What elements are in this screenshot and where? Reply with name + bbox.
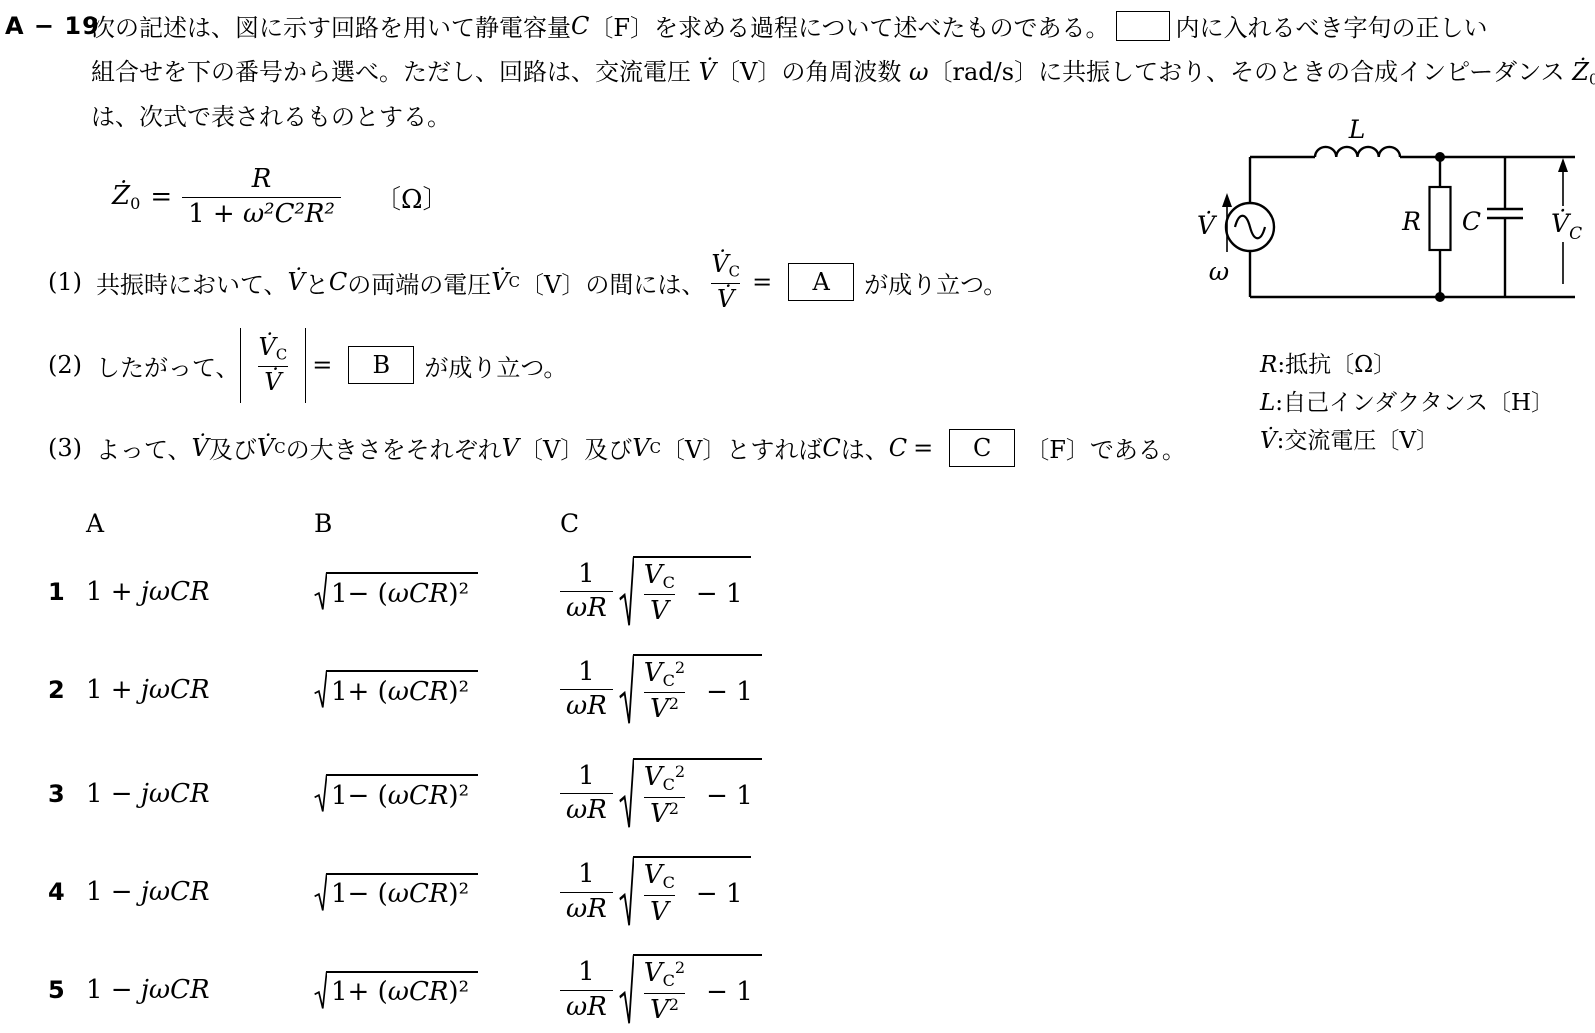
equals-sign: = bbox=[752, 268, 772, 296]
option-b-formula: 1+ (ωCR)² bbox=[314, 670, 560, 709]
col-header-C: C bbox=[560, 509, 1595, 538]
fraction-denominator: V̇ bbox=[711, 283, 740, 312]
option-row-1: 1 1 + jωCR 1− (ωCR)² 1 ωR VC bbox=[48, 556, 1595, 628]
equals-sign: = bbox=[150, 182, 172, 212]
option-number: 5 bbox=[48, 976, 86, 1004]
text-run: 〔rad/s〕に共振しており、そのときの合成インピーダンス bbox=[929, 58, 1573, 86]
fraction: VC V bbox=[638, 862, 681, 926]
var-Vc-sub: C bbox=[509, 273, 520, 291]
fraction: 1 ωR bbox=[560, 861, 613, 923]
text-run: 〔V〕の角周波数 bbox=[716, 58, 909, 86]
option-c-formula: 1 ωR VC2 V2 − 1 bbox=[560, 758, 1595, 830]
var-C: C bbox=[889, 434, 907, 462]
text-run: と bbox=[305, 265, 329, 300]
unit-ohm: 〔Ω〕 bbox=[375, 179, 449, 216]
option-a-formula: 1 + jωCR bbox=[86, 675, 314, 705]
fraction-numerator: V̇C bbox=[253, 335, 294, 366]
var-C: C bbox=[571, 12, 589, 40]
legend-item-R: R:抵抗〔Ω〕 bbox=[1260, 346, 1554, 384]
fraction: VC2 V2 bbox=[638, 960, 691, 1024]
text-run: の大きさをそれぞれ bbox=[286, 430, 502, 465]
statement-number: (1) bbox=[48, 268, 96, 296]
formula-lhs: Ż0 bbox=[112, 181, 140, 213]
option-number: 3 bbox=[48, 780, 86, 808]
question-line-2: 組合せを下の番号から選べ。ただし、回路は、交流電圧 V̇〔V〕の角周波数 ω〔r… bbox=[91, 52, 1595, 88]
label-C: C bbox=[1462, 207, 1481, 236]
option-c-formula: 1 ωR VC2 V2 − 1 bbox=[560, 654, 1595, 726]
question-id: A − 19 bbox=[5, 12, 91, 40]
var-Vc-dot: V̇ bbox=[257, 434, 274, 462]
radical-sign bbox=[619, 856, 634, 928]
vc-over-v-fraction: V̇C V̇ bbox=[705, 252, 746, 312]
option-row-4: 4 1 − jωCR 1− (ωCR)² 1 ωR VC bbox=[48, 856, 1595, 928]
fraction: VC2 V2 bbox=[638, 764, 691, 828]
text-run: 及び bbox=[209, 430, 257, 465]
col-header-B: B bbox=[314, 509, 560, 538]
equals-sign: = bbox=[913, 434, 933, 462]
fraction: 1 ωR bbox=[560, 561, 613, 623]
statement-number: (3) bbox=[48, 434, 96, 462]
square-root: 1− (ωCR)² bbox=[314, 774, 478, 813]
square-root: VC V − 1 bbox=[619, 556, 752, 628]
square-root: VC2 V2 − 1 bbox=[619, 654, 762, 726]
option-number: 1 bbox=[48, 578, 86, 606]
var-V: V bbox=[502, 434, 519, 462]
option-row-3: 3 1 − jωCR 1− (ωCR)² 1 ωR VC2 bbox=[48, 758, 1595, 830]
text-run: したがって、 bbox=[96, 348, 240, 383]
resistor-box bbox=[1430, 187, 1451, 250]
blank-box-B: B bbox=[348, 346, 414, 384]
label-omega: ω bbox=[1209, 257, 1229, 286]
var-V-dot: V̇ bbox=[192, 434, 209, 462]
junction-dot bbox=[1435, 292, 1445, 302]
var-Vc-sub: C bbox=[650, 439, 661, 457]
square-root: 1− (ωCR)² bbox=[314, 572, 478, 611]
fraction: VC V bbox=[638, 562, 681, 626]
circuit-diagram: L V̇ ω R C V̇C bbox=[1185, 112, 1585, 327]
option-b-formula: 1− (ωCR)² bbox=[314, 873, 560, 912]
var-C: C bbox=[329, 268, 347, 296]
var-V-dot: V̇ bbox=[699, 58, 716, 86]
fraction: 1 ωR bbox=[560, 959, 613, 1021]
var-Z-dot: Ż bbox=[112, 181, 130, 211]
label-V-dot: V̇ bbox=[1197, 211, 1218, 240]
option-c-formula: 1 ωR VC V − 1 bbox=[560, 556, 1595, 628]
radical-sign bbox=[619, 556, 634, 628]
option-number: 4 bbox=[48, 878, 86, 906]
equals-sign: = bbox=[312, 351, 332, 379]
option-row-5: 5 1 − jωCR 1+ (ωCR)² 1 ωR VC2 bbox=[48, 954, 1595, 1026]
question-line-1: A − 19 次の記述は、図に示す回路を用いて静電容量 C〔F〕を求める過程につ… bbox=[0, 0, 1595, 43]
label-L: L bbox=[1348, 115, 1366, 144]
options-table: A B C 1 1 + jωCR 1− (ωCR)² 1 ωR bbox=[0, 509, 1595, 1027]
option-c-formula: 1 ωR VC V − 1 bbox=[560, 856, 1595, 928]
blank-box-A: A bbox=[788, 263, 854, 301]
blank-box-C: C bbox=[949, 429, 1015, 467]
text-run: は、次式で表されるものとする。 bbox=[91, 103, 451, 131]
text-run: 〔V〕及び bbox=[519, 430, 632, 465]
statement-number: (2) bbox=[48, 351, 96, 379]
options-header-row: A B C bbox=[48, 509, 1595, 538]
circuit-legend: R:抵抗〔Ω〕 L:自己インダクタンス〔H〕 V̇:交流電圧〔V〕 bbox=[1260, 346, 1554, 460]
text-run: 〔F〕を求める過程について述べたものである。 bbox=[589, 8, 1109, 43]
option-b-formula: 1− (ωCR)² bbox=[314, 774, 560, 813]
text-run: 〔V〕の間には、 bbox=[520, 265, 705, 300]
legend-item-V: V̇:交流電圧〔V〕 bbox=[1260, 422, 1554, 460]
inductor-coil bbox=[1315, 147, 1400, 157]
text-run: が成り立つ。 bbox=[864, 265, 1007, 300]
square-root: 1+ (ωCR)² bbox=[314, 971, 478, 1010]
fraction: R 1 + ω²C²R² bbox=[182, 166, 341, 228]
var-Z-sub: 0 bbox=[1589, 70, 1595, 88]
arrowhead-up bbox=[1222, 193, 1232, 207]
col-header-A: A bbox=[86, 509, 314, 538]
arrowhead-up bbox=[1558, 158, 1568, 172]
text-run: 〔F〕である。 bbox=[1025, 430, 1186, 465]
blank-box-empty bbox=[1116, 11, 1170, 41]
fraction-denominator: 1 + ω²C²R² bbox=[182, 197, 341, 228]
fraction-numerator: R bbox=[246, 166, 278, 196]
var-C: C bbox=[822, 434, 840, 462]
radical-sign bbox=[619, 654, 634, 726]
var-Z-sub: 0 bbox=[130, 194, 140, 213]
option-number: 2 bbox=[48, 676, 86, 704]
option-a-formula: 1 + jωCR bbox=[86, 577, 314, 607]
capacitor-plates bbox=[1487, 209, 1523, 218]
junction-dot bbox=[1435, 152, 1445, 162]
option-a-formula: 1 − jωCR bbox=[86, 877, 314, 907]
option-c-formula: 1 ωR VC2 V2 − 1 bbox=[560, 954, 1595, 1026]
option-a-formula: 1 − jωCR bbox=[86, 779, 314, 809]
option-b-formula: 1− (ωCR)² bbox=[314, 572, 560, 611]
fraction: 1 ωR bbox=[560, 763, 613, 825]
text-run: が成り立つ。 bbox=[424, 348, 567, 383]
text-run: 〔V〕とすれば bbox=[661, 430, 822, 465]
square-root: 1+ (ωCR)² bbox=[314, 670, 478, 709]
text-run: 組合せを下の番号から選べ。ただし、回路は、交流電圧 bbox=[91, 58, 699, 86]
exam-question-page: A − 19 次の記述は、図に示す回路を用いて静電容量 C〔F〕を求める過程につ… bbox=[0, 0, 1595, 1033]
fraction-numerator: V̇C bbox=[705, 252, 746, 283]
square-root: VC V − 1 bbox=[619, 856, 752, 928]
fraction: 1 ωR bbox=[560, 659, 613, 721]
var-Vc: V bbox=[632, 434, 649, 462]
label-Vc: V̇C bbox=[1551, 209, 1582, 244]
radical-sign bbox=[619, 758, 634, 830]
option-b-formula: 1+ (ωCR)² bbox=[314, 971, 560, 1010]
vc-over-v-fraction: V̇C V̇ bbox=[253, 335, 294, 395]
var-Z-dot: Ż bbox=[1572, 58, 1589, 86]
radical-sign bbox=[619, 954, 634, 1026]
option-row-2: 2 1 + jωCR 1+ (ωCR)² 1 ωR VC2 bbox=[48, 654, 1595, 726]
legend-item-L: L:自己インダクタンス〔H〕 bbox=[1260, 384, 1554, 422]
text-run: よって、 bbox=[96, 430, 192, 465]
text-run: は、 bbox=[841, 430, 889, 465]
var-Vc-sub: C bbox=[274, 439, 285, 457]
label-R: R bbox=[1401, 207, 1421, 236]
option-a-formula: 1 − jωCR bbox=[86, 975, 314, 1005]
var-V-dot: V̇ bbox=[288, 268, 305, 296]
text-run: の両端の電圧 bbox=[347, 265, 491, 300]
var-Vc-dot: V̇ bbox=[491, 268, 508, 296]
absolute-value: V̇C V̇ bbox=[240, 328, 307, 402]
square-root: 1− (ωCR)² bbox=[314, 873, 478, 912]
var-omega: ω bbox=[909, 58, 929, 86]
fraction: VC2 V2 bbox=[638, 660, 691, 724]
text-run: 共振時において、 bbox=[96, 265, 288, 300]
text-run: 次の記述は、図に示す回路を用いて静電容量 bbox=[91, 8, 571, 43]
square-root: VC2 V2 − 1 bbox=[619, 758, 762, 830]
fraction-denominator: V̇ bbox=[258, 366, 287, 395]
text-run: 内に入れるべき字句の正しい bbox=[1176, 8, 1488, 43]
square-root: VC2 V2 − 1 bbox=[619, 954, 762, 1026]
